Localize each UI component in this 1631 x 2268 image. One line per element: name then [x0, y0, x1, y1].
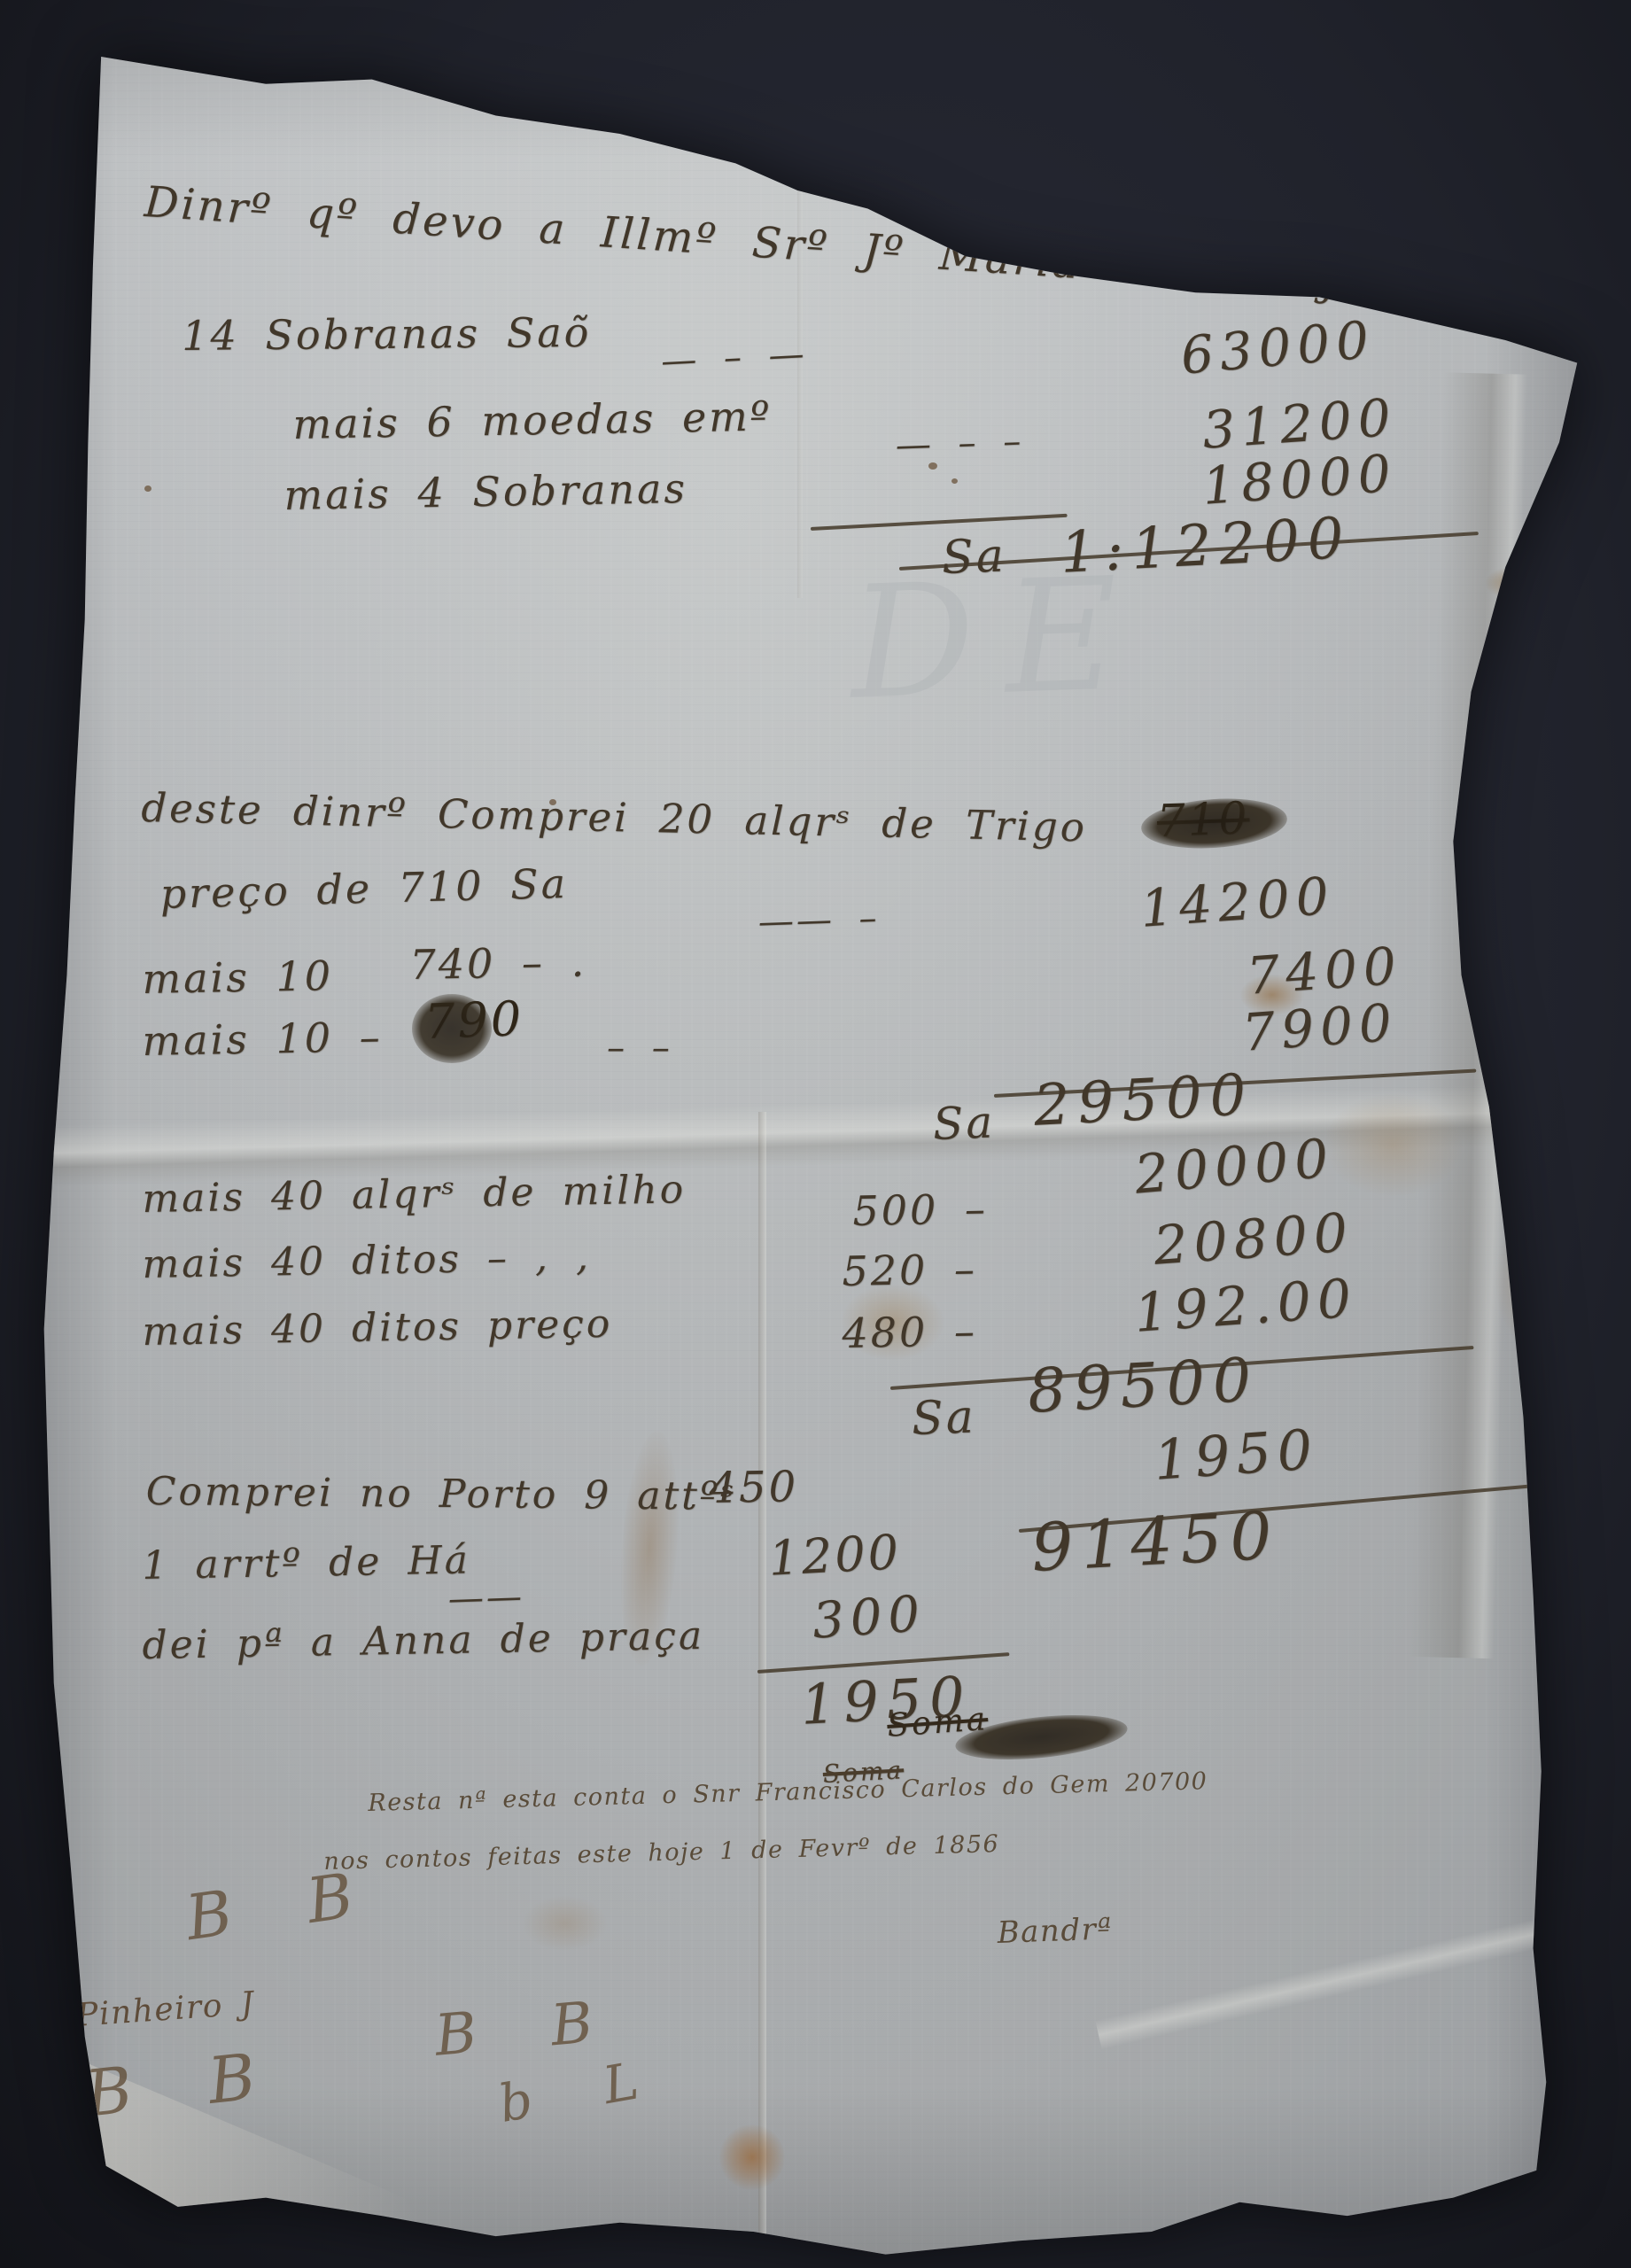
- entry-label: mais 40 ditos preço: [142, 1301, 613, 1355]
- entry-dashes: —— –: [757, 897, 880, 943]
- entry-label: mais 6 moedas emº: [292, 392, 773, 448]
- entry-price: 500 –: [852, 1184, 988, 1235]
- entry-price: 1200: [767, 1524, 903, 1587]
- ink-speck: [951, 478, 958, 484]
- entry-label: mais 40 alqrˢ de milho: [142, 1167, 687, 1222]
- photo-background: DE Dinrº qº devo a Illmº Srº J: [0, 0, 1631, 2268]
- entry-price: 480 –: [842, 1307, 977, 1357]
- ink-blot: [412, 994, 492, 1063]
- entry-label: 1 arrtº de Há: [142, 1538, 470, 1588]
- paper-shadow: DE Dinrº qº devo a Illmº Srº J: [0, 0, 1631, 2268]
- entry-label: mais 10 –: [142, 1013, 383, 1065]
- entry-value: 300: [811, 1585, 928, 1651]
- manuscript-paper: DE Dinrº qº devo a Illmº Srº J: [0, 0, 1631, 2268]
- entry-dashes: — – —: [660, 333, 808, 382]
- stain: [523, 1896, 607, 1951]
- grand-total-value: 91450: [1029, 1497, 1282, 1587]
- entry-price: 740 – .: [409, 938, 587, 989]
- entry-label: mais 4 Sobranas: [283, 464, 687, 519]
- entry-dashes: — – –: [895, 421, 1024, 466]
- ink-speck: [800, 131, 806, 139]
- entry-value: 7900: [1240, 992, 1400, 1063]
- entry-value: 1950: [1152, 1417, 1320, 1493]
- stain: [1495, 1205, 1597, 1355]
- ink-speck: [843, 182, 849, 188]
- stain: [719, 2124, 785, 2190]
- entry-label: mais 40 ditos – , ,: [142, 1234, 591, 1287]
- entry-dashes: – –: [607, 1028, 672, 1068]
- sum-value: 29500: [1032, 1062, 1255, 1139]
- sum-label: Sa: [932, 1097, 996, 1150]
- sum-value: 89500: [1026, 1345, 1261, 1427]
- entry-label: Comprei no Porto 9 attºˢ: [146, 1469, 737, 1519]
- entry-label: 14 Sobranas Saõ: [182, 308, 592, 360]
- entry-label: mais 10: [142, 951, 333, 1003]
- entry-price: 450: [709, 1462, 799, 1513]
- stain: [1485, 567, 1536, 599]
- stain: [1324, 1094, 1462, 1196]
- margin-number: 75: [41, 1957, 74, 1985]
- sum-label: Sa: [911, 1390, 977, 1445]
- sum-label: Sa: [941, 529, 1007, 584]
- signature: Bandrª: [997, 1911, 1114, 1951]
- ink-speck: [144, 485, 151, 492]
- stain: [1522, 1010, 1597, 1143]
- entry-price: 520 –: [842, 1245, 977, 1295]
- entry-dashes: ——: [447, 1576, 525, 1619]
- fold-crease-vertical-center: [758, 1112, 766, 2255]
